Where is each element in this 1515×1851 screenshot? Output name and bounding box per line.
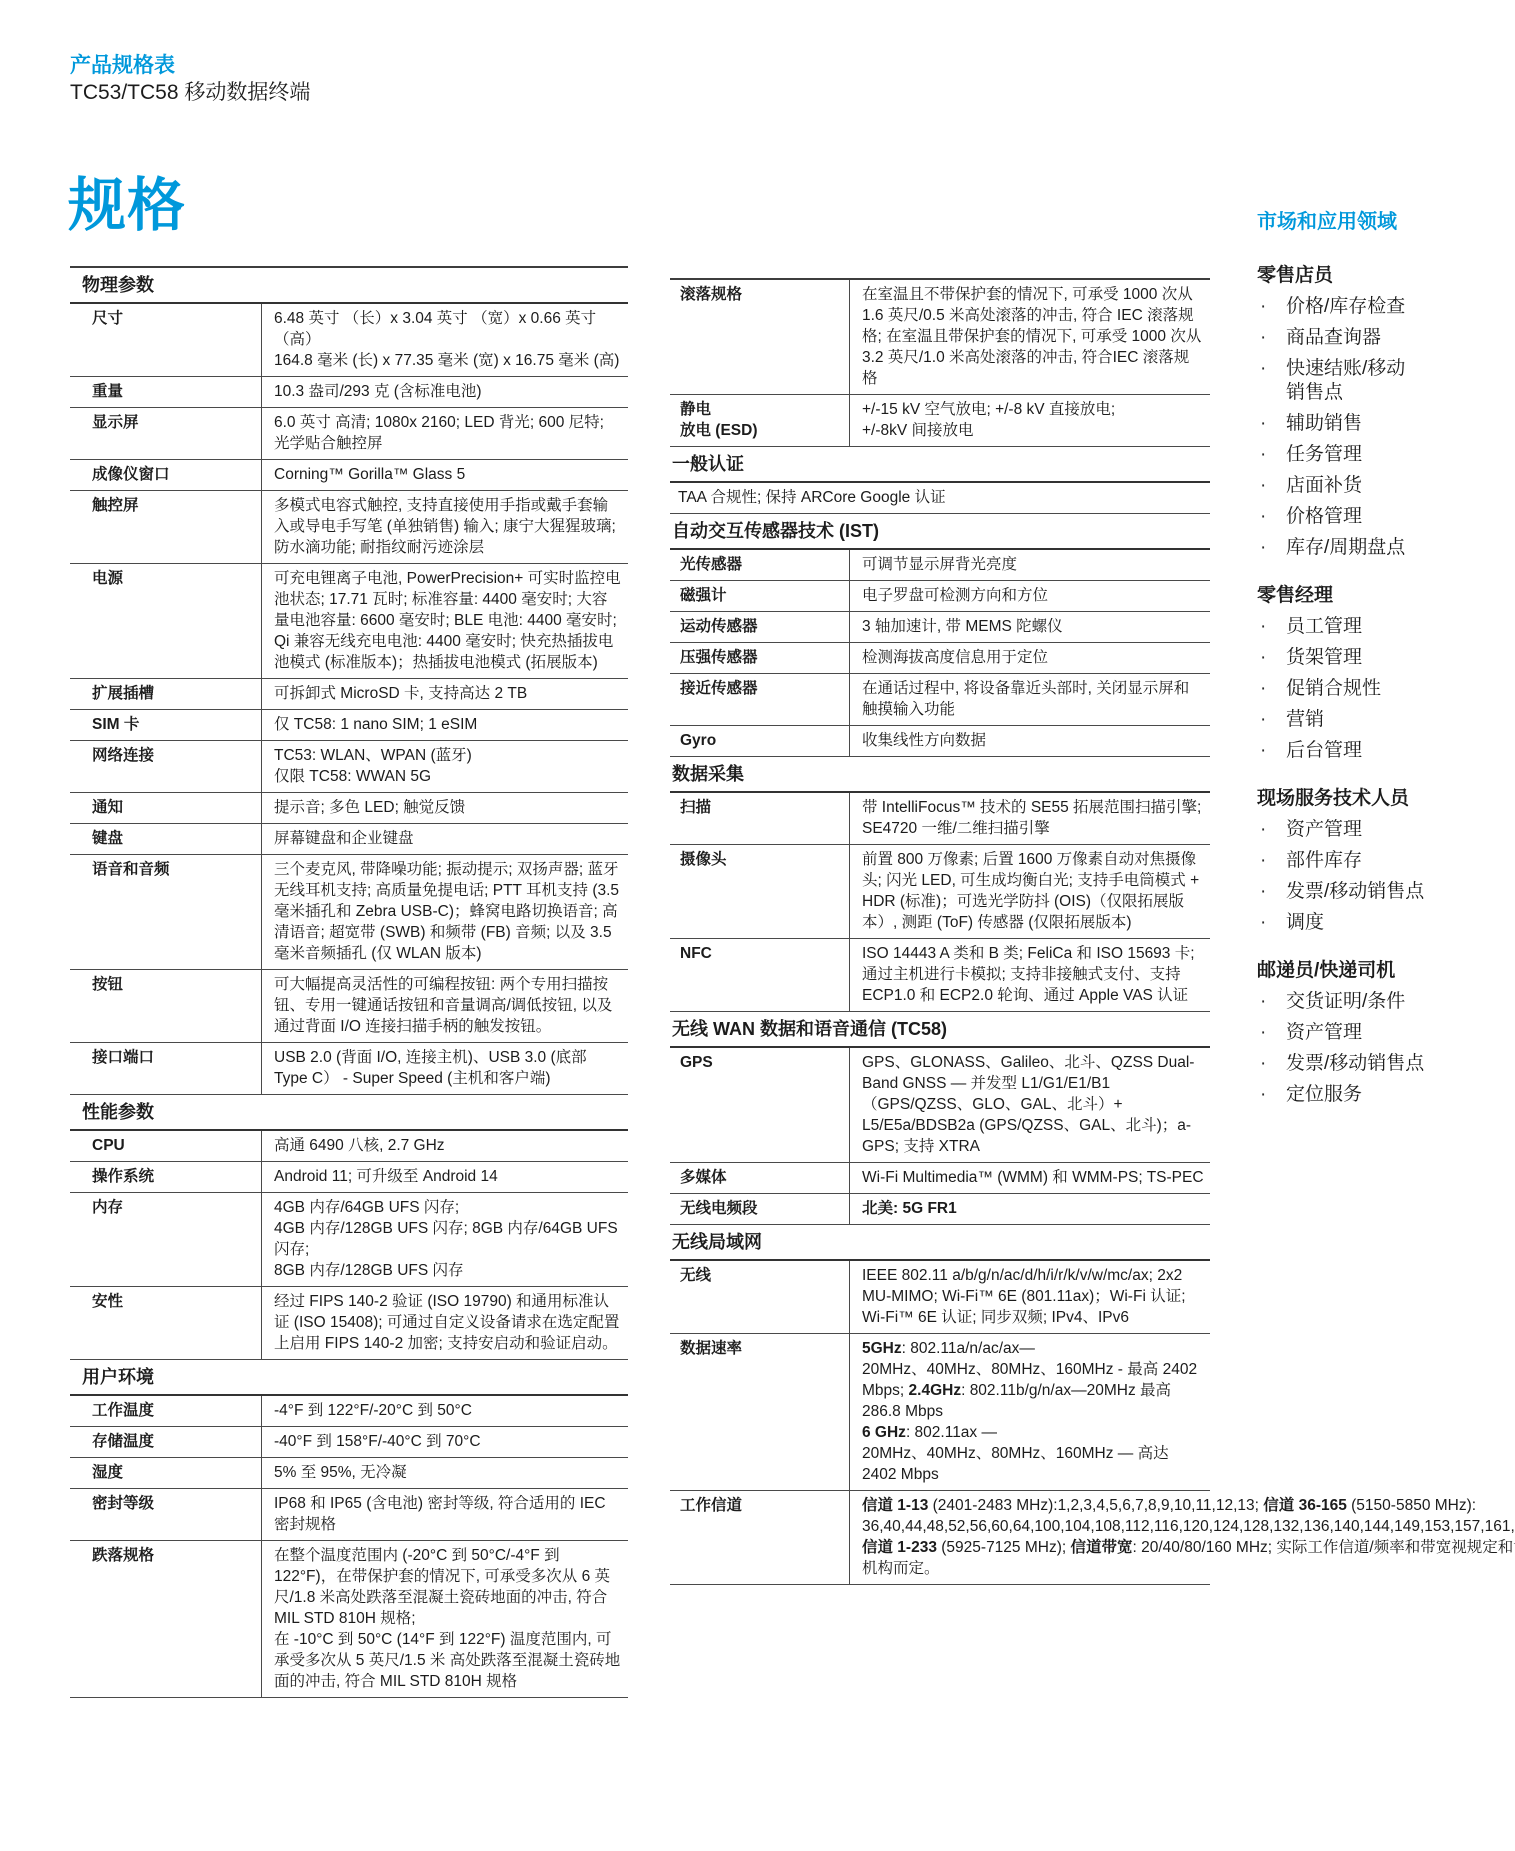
spec-value: 6.48 英寸 （长）x 3.04 英寸 （宽）x 0.66 英寸 （高）164… [262, 304, 628, 376]
spec-label: 跌落规格 [70, 1541, 262, 1697]
spec-row: 接近传感器在通话过程中, 将设备靠近头部时, 关闭显示屏和触摸输入功能 [670, 674, 1210, 726]
spec-row: 按钮可大幅提高灵活性的可编程按钮: 两个专用扫描按钮、专用一键通话按钮和音量调高… [70, 970, 628, 1043]
spec-row: 磁强计电子罗盘可检测方向和方位 [670, 581, 1210, 612]
bullet-icon: · [1257, 295, 1286, 319]
document-header: 产品规格表 TC53/TC58 移动数据终端 [70, 52, 310, 107]
spec-section-title: 性能参数 [70, 1095, 628, 1131]
list-item: ·资产管理 [1257, 1021, 1453, 1045]
spec-label: 显示屏 [70, 408, 262, 459]
list-item-text: 辅助销售 [1286, 412, 1453, 436]
list-item: ·营销 [1257, 708, 1453, 732]
list-item: ·价格/库存检查 [1257, 295, 1453, 319]
spec-label: 触控屏 [70, 491, 262, 563]
sidebar-title: 市场和应用领域 [1257, 205, 1453, 234]
spec-label: NFC [670, 939, 850, 1011]
spec-value: 在室温且不带保护套的情况下, 可承受 1000 次从 1.6 英尺/0.5 米高… [850, 280, 1210, 394]
spec-section: 无线局域网无线IEEE 802.11 a/b/g/n/ac/d/h/i/r/k/… [670, 1225, 1210, 1585]
spec-label: 语音和音频 [70, 855, 262, 969]
spec-row: Gyro收集线性方向数据 [670, 726, 1210, 757]
spec-section: 数据采集扫描带 IntelliFocus™ 技术的 SE55 拓展范围扫描引擎;… [670, 757, 1210, 1012]
spec-section: 物理参数尺寸6.48 英寸 （长）x 3.04 英寸 （宽）x 0.66 英寸 … [70, 268, 628, 1095]
markets-sidebar: 市场和应用领域 零售店员·价格/库存检查·商品查询器·快速结账/移动销售点·辅助… [1257, 205, 1453, 1131]
spec-label: 多媒体 [670, 1163, 850, 1193]
bullet-icon: · [1257, 412, 1286, 436]
spec-row: GPSGPS、GLONASS、Galileo、北斗、QZSS Dual-Band… [670, 1048, 1210, 1163]
list-item: ·价格管理 [1257, 505, 1453, 529]
list-item: ·发票/移动销售点 [1257, 880, 1453, 904]
bullet-icon: · [1257, 326, 1286, 350]
sidebar-group-title: 现场服务技术人员 [1257, 787, 1453, 811]
spec-label: 按钮 [70, 970, 262, 1042]
list-item: ·库存/周期盘点 [1257, 536, 1453, 560]
bullet-icon: · [1257, 880, 1286, 904]
bullet-icon: · [1257, 849, 1286, 873]
bullet-icon: · [1257, 990, 1286, 1014]
spec-value: 高通 6490 八核, 2.7 GHz [262, 1131, 628, 1161]
list-item-text: 促销合规性 [1286, 677, 1453, 701]
spec-row: 电源可充电锂离子电池, PowerPrecision+ 可实时监控电池状态; 1… [70, 564, 628, 679]
list-item-text: 交货证明/条件 [1286, 990, 1453, 1014]
spec-value: 10.3 盎司/293 克 (含标准电池) [262, 377, 628, 407]
spec-label: 压强传感器 [670, 643, 850, 673]
spec-label: 摄像头 [670, 845, 850, 938]
spec-row: 静电放电 (ESD)+/-15 kV 空气放电; +/-8 kV 直接放电;+/… [670, 395, 1210, 447]
spec-value: 仅 TC58: 1 nano SIM; 1 eSIM [262, 710, 628, 740]
spec-section-title: 一般认证 [670, 447, 1210, 483]
spec-section-title: 无线 WAN 数据和语音通信 (TC58) [670, 1012, 1210, 1048]
bullet-icon: · [1257, 474, 1286, 498]
spec-row: CPU高通 6490 八核, 2.7 GHz [70, 1131, 628, 1162]
sidebar-group: 零售店员·价格/库存检查·商品查询器·快速结账/移动销售点·辅助销售·任务管理·… [1257, 264, 1453, 560]
spec-value: 三个麦克风, 带降噪功能; 振动提示; 双扬声器; 蓝牙无线耳机支持; 高质量免… [262, 855, 628, 969]
list-item: ·后台管理 [1257, 739, 1453, 763]
sidebar-group-title: 零售经理 [1257, 584, 1453, 608]
list-item-text: 快速结账/移动销售点 [1286, 357, 1453, 405]
spec-value: IEEE 802.11 a/b/g/n/ac/d/h/i/r/k/v/w/mc/… [850, 1261, 1210, 1333]
sidebar-group-title: 邮递员/快递司机 [1257, 959, 1453, 983]
spec-label: 网络连接 [70, 741, 262, 792]
spec-value: 前置 800 万像素; 后置 1600 万像素自动对焦摄像头; 闪光 LED, … [850, 845, 1210, 938]
spec-label: 尺寸 [70, 304, 262, 376]
spec-section-title: 数据采集 [670, 757, 1210, 793]
spec-label: 数据速率 [670, 1334, 850, 1490]
spec-value: 6.0 英寸 高清; 1080x 2160; LED 背光; 600 尼特; 光… [262, 408, 628, 459]
spec-row: 湿度5% 至 95%, 无冷凝 [70, 1458, 628, 1489]
spec-label: 密封等级 [70, 1489, 262, 1540]
spec-row: 内存4GB 内存/64GB UFS 闪存;4GB 内存/128GB UFS 闪存… [70, 1193, 628, 1287]
spec-label: 操作系统 [70, 1162, 262, 1192]
spec-value: 5GHz: 802.11a/n/ac/ax—20MHz、40MHz、80MHz、… [850, 1334, 1210, 1490]
spec-label: SIM 卡 [70, 710, 262, 740]
list-item-text: 定位服务 [1286, 1083, 1453, 1107]
list-item-text: 部件库存 [1286, 849, 1453, 873]
sidebar-group: 零售经理·员工管理·货架管理·促销合规性·营销·后台管理 [1257, 584, 1453, 763]
spec-section-title: 无线局域网 [670, 1225, 1210, 1261]
spec-value: USB 2.0 (背面 I/O, 连接主机)、USB 3.0 (底部 Type … [262, 1043, 628, 1094]
list-item-text: 商品查询器 [1286, 326, 1453, 350]
spec-row: 工作信道信道 1-13 (2401-2483 MHz):1,2,3,4,5,6,… [670, 1491, 1210, 1585]
spec-row: NFCISO 14443 A 类和 B 类; FeliCa 和 ISO 1569… [670, 939, 1210, 1012]
bullet-icon: · [1257, 1021, 1286, 1045]
spec-row: 接口端口USB 2.0 (背面 I/O, 连接主机)、USB 3.0 (底部 T… [70, 1043, 628, 1095]
bullet-icon: · [1257, 1083, 1286, 1107]
spec-label: 存储温度 [70, 1427, 262, 1457]
spec-label: 工作信道 [670, 1491, 850, 1584]
spec-value: 检测海拔高度信息用于定位 [850, 643, 1210, 673]
bullet-icon: · [1257, 615, 1286, 639]
bullet-icon: · [1257, 357, 1286, 405]
spec-value: Wi-Fi Multimedia™ (WMM) 和 WMM-PS; TS-PEC [850, 1163, 1210, 1193]
spec-section-title: 用户环境 [70, 1360, 628, 1396]
spec-value: 信道 1-13 (2401-2483 MHz):1,2,3,4,5,6,7,8,… [850, 1491, 1515, 1584]
spec-label: 接口端口 [70, 1043, 262, 1094]
list-item-text: 店面补货 [1286, 474, 1453, 498]
spec-value: 可大幅提高灵活性的可编程按钮: 两个专用扫描按钮、专用一键通话按钮和音量调高/调… [262, 970, 628, 1042]
specs-column-middle: 滚落规格在室温且不带保护套的情况下, 可承受 1000 次从 1.6 英尺/0.… [670, 278, 1210, 1585]
spec-row: 网络连接TC53: WLAN、WPAN (蓝牙)仅限 TC58: WWAN 5G [70, 741, 628, 793]
list-item: ·定位服务 [1257, 1083, 1453, 1107]
spec-label: 工作温度 [70, 1396, 262, 1426]
spec-value: +/-15 kV 空气放电; +/-8 kV 直接放电;+/-8kV 间接放电 [850, 395, 1210, 446]
list-item: ·员工管理 [1257, 615, 1453, 639]
spec-label: 磁强计 [670, 581, 850, 611]
sidebar-groups: 零售店员·价格/库存检查·商品查询器·快速结账/移动销售点·辅助销售·任务管理·… [1257, 264, 1453, 1107]
spec-row: 语音和音频三个麦克风, 带降噪功能; 振动提示; 双扬声器; 蓝牙无线耳机支持;… [70, 855, 628, 970]
spec-label: 扩展插槽 [70, 679, 262, 709]
spec-row: 键盘屏幕键盘和企业键盘 [70, 824, 628, 855]
list-item: ·发票/移动销售点 [1257, 1052, 1453, 1076]
spec-row: 尺寸6.48 英寸 （长）x 3.04 英寸 （宽）x 0.66 英寸 （高）1… [70, 304, 628, 377]
spec-label: GPS [670, 1048, 850, 1162]
list-item-text: 员工管理 [1286, 615, 1453, 639]
page-title: 规格 [68, 158, 186, 242]
spec-value: 4GB 内存/64GB UFS 闪存;4GB 内存/128GB UFS 闪存; … [262, 1193, 628, 1286]
list-item: ·商品查询器 [1257, 326, 1453, 350]
spec-row: 压强传感器检测海拔高度信息用于定位 [670, 643, 1210, 674]
list-item: ·快速结账/移动销售点 [1257, 357, 1453, 405]
spec-sheet-page: { "doc": { "kicker": "产品规格表", "product":… [0, 0, 1515, 1851]
list-item: ·辅助销售 [1257, 412, 1453, 436]
list-item-text: 发票/移动销售点 [1286, 880, 1453, 904]
spec-section: 用户环境工作温度-4°F 到 122°F/-20°C 到 50°C存储温度-40… [70, 1360, 628, 1698]
spec-label: 扫描 [670, 793, 850, 844]
spec-section-title: 物理参数 [70, 268, 628, 304]
spec-label: 安性 [70, 1287, 262, 1359]
spec-row: 重量10.3 盎司/293 克 (含标准电池) [70, 377, 628, 408]
spec-section: 一般认证TAA 合规性; 保持 ARCore Google 认证 [670, 447, 1210, 514]
spec-label: 湿度 [70, 1458, 262, 1488]
spec-row: TAA 合规性; 保持 ARCore Google 认证 [670, 483, 1210, 514]
spec-label: CPU [70, 1131, 262, 1161]
spec-row: 通知提示音; 多色 LED; 触觉反馈 [70, 793, 628, 824]
spec-label: 通知 [70, 793, 262, 823]
spec-row: 成像仪窗口Corning™ Gorilla™ Glass 5 [70, 460, 628, 491]
bullet-icon: · [1257, 1052, 1286, 1076]
specs-column-left: 物理参数尺寸6.48 英寸 （长）x 3.04 英寸 （宽）x 0.66 英寸 … [70, 266, 628, 1698]
spec-label: 重量 [70, 377, 262, 407]
spec-value: GPS、GLONASS、Galileo、北斗、QZSS Dual-Band GN… [850, 1048, 1210, 1162]
spec-row: 触控屏多模式电容式触控, 支持直接使用手指或戴手套输入或导电手写笔 (单独销售)… [70, 491, 628, 564]
sidebar-group-title: 零售店员 [1257, 264, 1453, 288]
spec-value: 带 IntelliFocus™ 技术的 SE55 拓展范围扫描引擎; SE472… [850, 793, 1210, 844]
sidebar-group: 现场服务技术人员·资产管理·部件库存·发票/移动销售点·调度 [1257, 787, 1453, 935]
bullet-icon: · [1257, 505, 1286, 529]
spec-row: 显示屏6.0 英寸 高清; 1080x 2160; LED 背光; 600 尼特… [70, 408, 628, 460]
spec-value: 收集线性方向数据 [850, 726, 1210, 756]
spec-section: 自动交互传感器技术 (IST)光传感器可调节显示屏背光亮度磁强计电子罗盘可检测方… [670, 514, 1210, 757]
bullet-icon: · [1257, 646, 1286, 670]
spec-value: ISO 14443 A 类和 B 类; FeliCa 和 ISO 15693 卡… [850, 939, 1210, 1011]
list-item-text: 发票/移动销售点 [1286, 1052, 1453, 1076]
spec-value: 经过 FIPS 140-2 验证 (ISO 19790) 和通用标准认证 (IS… [262, 1287, 628, 1359]
spec-label: 成像仪窗口 [70, 460, 262, 490]
spec-label: 静电放电 (ESD) [670, 395, 850, 446]
list-item-text: 价格/库存检查 [1286, 295, 1453, 319]
list-item-text: 资产管理 [1286, 1021, 1453, 1045]
spec-section: 滚落规格在室温且不带保护套的情况下, 可承受 1000 次从 1.6 英尺/0.… [670, 280, 1210, 447]
bullet-icon: · [1257, 536, 1286, 560]
spec-section: 性能参数CPU高通 6490 八核, 2.7 GHz操作系统Android 11… [70, 1095, 628, 1360]
spec-row: 工作温度-4°F 到 122°F/-20°C 到 50°C [70, 1396, 628, 1427]
spec-row: 多媒体Wi-Fi Multimedia™ (WMM) 和 WMM-PS; TS-… [670, 1163, 1210, 1194]
spec-section: 无线 WAN 数据和语音通信 (TC58)GPSGPS、GLONASS、Gali… [670, 1012, 1210, 1225]
spec-row: 扩展插槽可拆卸式 MicroSD 卡, 支持高达 2 TB [70, 679, 628, 710]
doc-type-label: 产品规格表 [70, 52, 310, 79]
spec-row: 光传感器可调节显示屏背光亮度 [670, 550, 1210, 581]
spec-value: Corning™ Gorilla™ Glass 5 [262, 460, 628, 490]
spec-row: 运动传感器3 轴加速计, 带 MEMS 陀螺仪 [670, 612, 1210, 643]
spec-label: 无线 [670, 1261, 850, 1333]
list-item: ·店面补货 [1257, 474, 1453, 498]
spec-value: 电子罗盘可检测方向和方位 [850, 581, 1210, 611]
list-item: ·任务管理 [1257, 443, 1453, 467]
bullet-icon: · [1257, 708, 1286, 732]
list-item-text: 调度 [1286, 911, 1453, 935]
spec-row: 无线电频段北美: 5G FR1 [670, 1194, 1210, 1225]
spec-label: 电源 [70, 564, 262, 678]
list-item-text: 资产管理 [1286, 818, 1453, 842]
spec-row: 操作系统Android 11; 可升级至 Android 14 [70, 1162, 628, 1193]
spec-value: TAA 合规性; 保持 ARCore Google 认证 [670, 483, 1210, 513]
bullet-icon: · [1257, 677, 1286, 701]
list-item-text: 营销 [1286, 708, 1453, 732]
spec-label: 滚落规格 [670, 280, 850, 394]
spec-value: 提示音; 多色 LED; 触觉反馈 [262, 793, 628, 823]
spec-row: 摄像头前置 800 万像素; 后置 1600 万像素自动对焦摄像头; 闪光 LE… [670, 845, 1210, 939]
spec-value: 屏幕键盘和企业键盘 [262, 824, 628, 854]
spec-row: 存储温度-40°F 到 158°F/-40°C 到 70°C [70, 1427, 628, 1458]
spec-label: Gyro [670, 726, 850, 756]
list-item: ·调度 [1257, 911, 1453, 935]
spec-row: 安性经过 FIPS 140-2 验证 (ISO 19790) 和通用标准认证 (… [70, 1287, 628, 1360]
spec-row: SIM 卡仅 TC58: 1 nano SIM; 1 eSIM [70, 710, 628, 741]
spec-row: 滚落规格在室温且不带保护套的情况下, 可承受 1000 次从 1.6 英尺/0.… [670, 280, 1210, 395]
list-item-text: 价格管理 [1286, 505, 1453, 529]
spec-label: 接近传感器 [670, 674, 850, 725]
spec-row: 跌落规格在整个温度范围内 (-20°C 到 50°C/-4°F 到 122°F)… [70, 1541, 628, 1698]
list-item: ·交货证明/条件 [1257, 990, 1453, 1014]
list-item: ·资产管理 [1257, 818, 1453, 842]
bullet-icon: · [1257, 443, 1286, 467]
spec-value: TC53: WLAN、WPAN (蓝牙)仅限 TC58: WWAN 5G [262, 741, 628, 792]
spec-value: IP68 和 IP65 (含电池) 密封等级, 符合适用的 IEC 密封规格 [262, 1489, 628, 1540]
spec-row: 扫描带 IntelliFocus™ 技术的 SE55 拓展范围扫描引擎; SE4… [670, 793, 1210, 845]
bullet-icon: · [1257, 911, 1286, 935]
spec-label: 无线电频段 [670, 1194, 850, 1224]
spec-label: 光传感器 [670, 550, 850, 580]
spec-value: 在整个温度范围内 (-20°C 到 50°C/-4°F 到 122°F)，在带保… [262, 1541, 628, 1697]
spec-section-title: 自动交互传感器技术 (IST) [670, 514, 1210, 550]
spec-value: 北美: 5G FR1 [850, 1194, 1210, 1224]
product-name: TC53/TC58 移动数据终端 [70, 79, 310, 107]
spec-row: 密封等级IP68 和 IP65 (含电池) 密封等级, 符合适用的 IEC 密封… [70, 1489, 628, 1541]
list-item: ·部件库存 [1257, 849, 1453, 873]
spec-row: 数据速率5GHz: 802.11a/n/ac/ax—20MHz、40MHz、80… [670, 1334, 1210, 1491]
bullet-icon: · [1257, 818, 1286, 842]
spec-value: -4°F 到 122°F/-20°C 到 50°C [262, 1396, 628, 1426]
spec-value: 在通话过程中, 将设备靠近头部时, 关闭显示屏和触摸输入功能 [850, 674, 1210, 725]
list-item-text: 后台管理 [1286, 739, 1453, 763]
spec-value: 5% 至 95%, 无冷凝 [262, 1458, 628, 1488]
spec-label: 运动传感器 [670, 612, 850, 642]
list-item-text: 库存/周期盘点 [1286, 536, 1453, 560]
list-item: ·货架管理 [1257, 646, 1453, 670]
spec-value: 3 轴加速计, 带 MEMS 陀螺仪 [850, 612, 1210, 642]
spec-row: 无线IEEE 802.11 a/b/g/n/ac/d/h/i/r/k/v/w/m… [670, 1261, 1210, 1334]
list-item: ·促销合规性 [1257, 677, 1453, 701]
spec-value: 可调节显示屏背光亮度 [850, 550, 1210, 580]
spec-label: 键盘 [70, 824, 262, 854]
spec-value: Android 11; 可升级至 Android 14 [262, 1162, 628, 1192]
bullet-icon: · [1257, 739, 1286, 763]
spec-value: -40°F 到 158°F/-40°C 到 70°C [262, 1427, 628, 1457]
list-item-text: 任务管理 [1286, 443, 1453, 467]
spec-value: 可充电锂离子电池, PowerPrecision+ 可实时监控电池状态; 17.… [262, 564, 628, 678]
spec-value: 多模式电容式触控, 支持直接使用手指或戴手套输入或导电手写笔 (单独销售) 输入… [262, 491, 628, 563]
sidebar-group: 邮递员/快递司机·交货证明/条件·资产管理·发票/移动销售点·定位服务 [1257, 959, 1453, 1107]
spec-label: 内存 [70, 1193, 262, 1286]
list-item-text: 货架管理 [1286, 646, 1453, 670]
spec-value: 可拆卸式 MicroSD 卡, 支持高达 2 TB [262, 679, 628, 709]
